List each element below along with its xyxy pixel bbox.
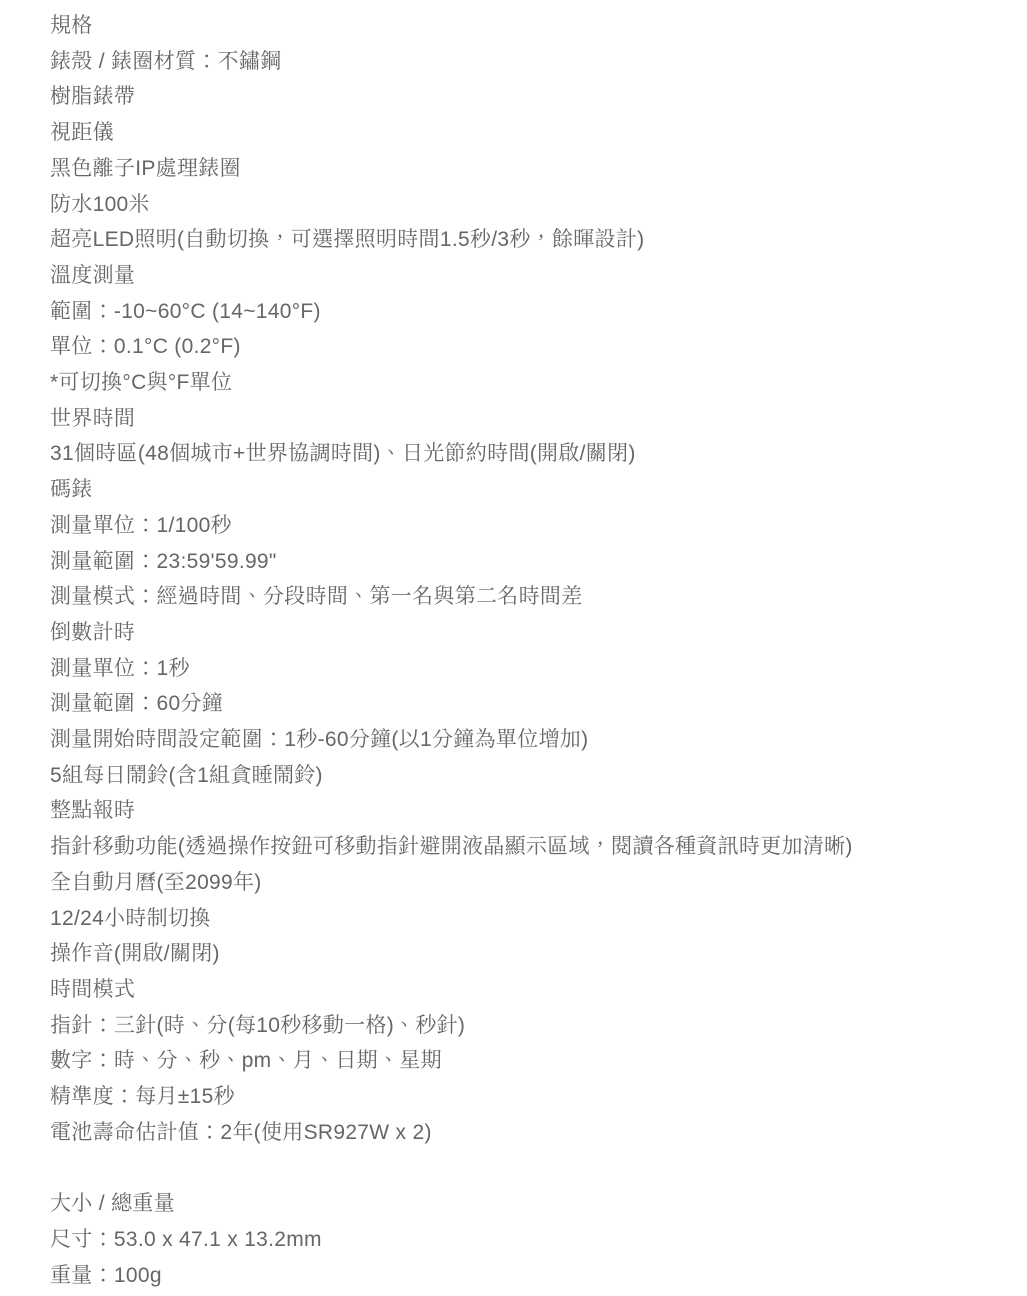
spec-subsection-world-time: 世界時間 (50, 401, 987, 437)
spec-line-water-resistance: 防水100米 (50, 187, 987, 223)
spec-section-title: 規格 (50, 8, 987, 44)
spec-line-thermometer-range: 範圍：-10~60°C (14~140°F) (50, 294, 987, 330)
spec-line-auto-calendar: 全自動月曆(至2099年) (50, 865, 987, 901)
spec-line-accuracy: 精準度：每月±15秒 (50, 1079, 987, 1115)
blank-line (50, 1151, 987, 1187)
spec-line-thermometer-unit: 單位：0.1°C (0.2°F) (50, 329, 987, 365)
spec-subsection-thermometer: 溫度測量 (50, 258, 987, 294)
spec-line-telemeter: 視距儀 (50, 115, 987, 151)
spec-line-countdown-start-range: 測量開始時間設定範圍：1秒-60分鐘(以1分鐘為單位增加) (50, 722, 987, 758)
spec-line-digital-display: 數字：時、分、秒、pm、月、日期、星期 (50, 1043, 987, 1079)
spec-subsection-countdown: 倒數計時 (50, 615, 987, 651)
spec-line-case-bezel-material: 錶殼 / 錶圈材質：不鏽鋼 (50, 44, 987, 80)
spec-line-battery-life: 電池壽命估計值：2年(使用SR927W x 2) (50, 1115, 987, 1151)
spec-line-countdown-range: 測量範圍：60分鐘 (50, 686, 987, 722)
spec-line-analog-hands: 指針：三針(時、分(每10秒移動一格)、秒針) (50, 1008, 987, 1044)
spec-line-button-tone: 操作音(開啟/關閉) (50, 936, 987, 972)
spec-line-12-24-format: 12/24小時制切換 (50, 901, 987, 937)
size-weight-section-title: 大小 / 總重量 (50, 1186, 987, 1222)
spec-line-ion-plated-bezel: 黑色離子IP處理錶圈 (50, 151, 987, 187)
spec-line-stopwatch-range: 測量範圍：23:59'59.99" (50, 544, 987, 580)
spec-line-weight: 重量：100g (50, 1258, 987, 1294)
spec-line-hand-shift: 指針移動功能(透過操作按鈕可移動指針避開液晶顯示區域，閱讀各種資訊時更加清晰) (50, 829, 987, 865)
spec-line-band: 樹脂錶帶 (50, 79, 987, 115)
spec-line-led-light: 超亮LED照明(自動切換，可選擇照明時間1.5秒/3秒，餘暉設計) (50, 222, 987, 258)
product-spec-document: 規格 錶殼 / 錶圈材質：不鏽鋼 樹脂錶帶 視距儀 黑色離子IP處理錶圈 防水1… (0, 0, 1027, 1293)
spec-line-stopwatch-modes: 測量模式：經過時間、分段時間、第一名與第二名時間差 (50, 579, 987, 615)
spec-line-alarms: 5組每日鬧鈴(含1組貪睡鬧鈴) (50, 758, 987, 794)
spec-line-countdown-unit: 測量單位：1秒 (50, 651, 987, 687)
spec-line-hourly-signal: 整點報時 (50, 793, 987, 829)
spec-line-thermometer-unit-switch: *可切換°C與°F單位 (50, 365, 987, 401)
spec-line-dimensions: 尺寸：53.0 x 47.1 x 13.2mm (50, 1222, 987, 1258)
spec-subsection-timekeeping: 時間模式 (50, 972, 987, 1008)
spec-subsection-stopwatch: 碼錶 (50, 472, 987, 508)
spec-line-stopwatch-unit: 測量單位：1/100秒 (50, 508, 987, 544)
spec-line-world-time-zones: 31個時區(48個城市+世界協調時間)、日光節約時間(開啟/關閉) (50, 436, 987, 472)
